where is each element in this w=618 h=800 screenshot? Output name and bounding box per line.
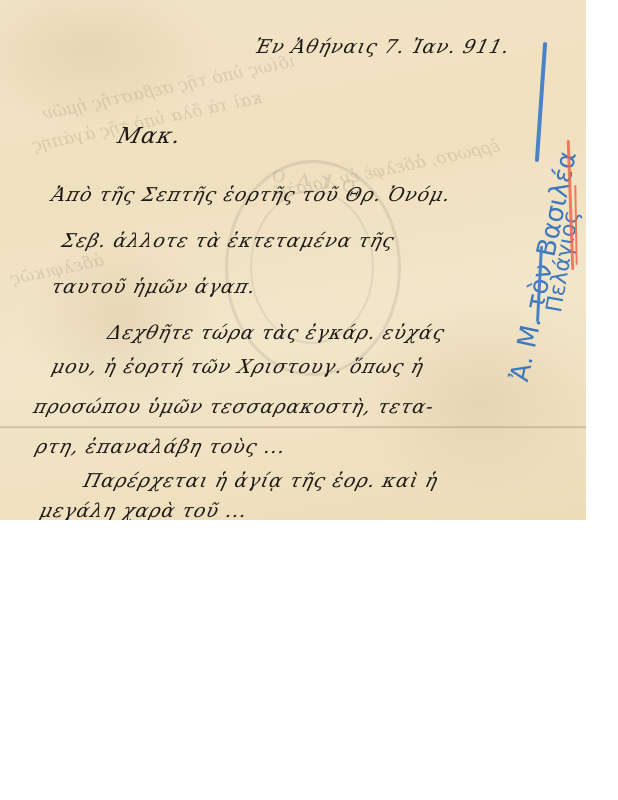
body-line-7: ρτη, ἐπαναλάβη τοὺς ... xyxy=(33,436,288,458)
letter-page: ιδίως ὑπὸ τῆς σεβαστῆς ἡμῶν καὶ τὰ ὅλα ὑ… xyxy=(0,0,586,520)
place-date: Ἐν Ἀθήναις 7. Ἰαν. 911. xyxy=(252,36,512,58)
body-line-8: Παρέρχεται ἡ ἀγίᾳ τῆς ἑορ. καὶ ἡ xyxy=(81,470,441,492)
body-line-6: προσώπου ὑμῶν τεσσαρακοστὴ, τετα- xyxy=(31,396,436,418)
body-line-9: μεγάλη χαρὰ τοῦ ... xyxy=(37,500,250,520)
body-line-5: μου, ἡ ἐορτή τῶν Χριστουγ. ὅπως ἡ xyxy=(49,356,426,378)
body-line-4: Δεχθῆτε τώρα τὰς ἐγκάρ. εὐχάς xyxy=(105,322,447,344)
paper-fold-line xyxy=(0,426,586,429)
body-line-2: Σεβ. ἀλλοτε τὰ ἐκτεταμένα τῆς xyxy=(59,230,397,252)
blue-underline xyxy=(535,42,547,162)
body-line-1: Ἀπὸ τῆς Σεπτῆς ἑορτῆς τοῦ Θρ. Ὀνόμ. xyxy=(49,184,453,206)
paper-stain xyxy=(20,230,220,410)
salutation: Μακ. xyxy=(115,124,184,149)
seal-stamp-inner xyxy=(250,190,374,344)
body-line-3: ταυτοῦ ἡμῶν ἀγαπ. xyxy=(49,276,258,298)
